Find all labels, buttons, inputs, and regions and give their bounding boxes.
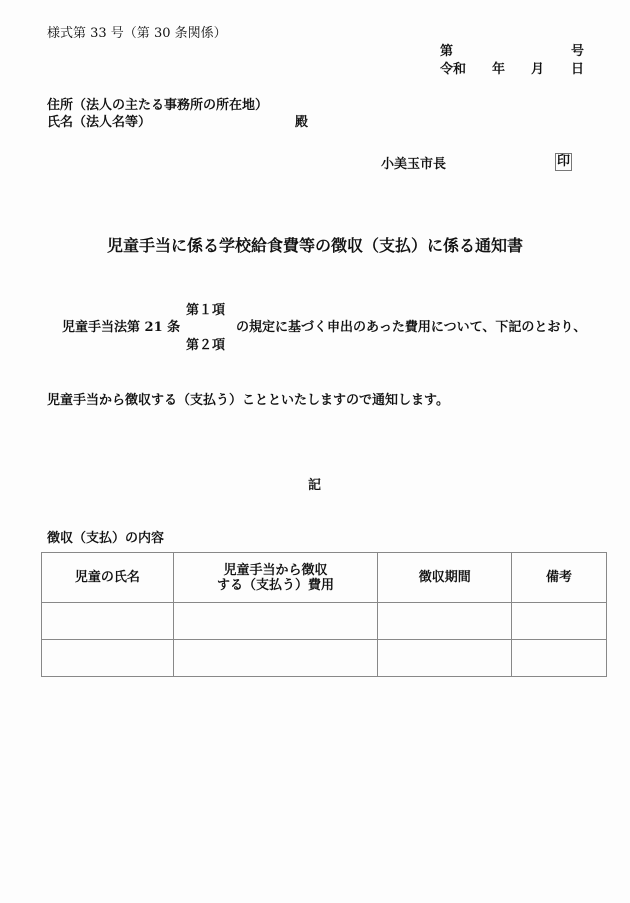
- law-reference: 児童手当法第 21 条: [62, 316, 180, 335]
- date-year: 年: [492, 58, 505, 77]
- form-label: 様式第 33 号（第 30 条関係）: [47, 22, 227, 41]
- doc-number-prefix: 第: [440, 40, 453, 59]
- issuer-name: 小美玉市長: [381, 153, 446, 172]
- cell-collection-amount[interactable]: [173, 603, 378, 640]
- header-collection-period: 徴収期間: [378, 553, 512, 603]
- section-heading: 徴収（支払）の内容: [47, 527, 164, 546]
- table-row: [42, 603, 607, 640]
- cell-collection-amount[interactable]: [173, 640, 378, 677]
- date-day: 日: [571, 58, 584, 77]
- collection-table: 児童の氏名 児童手当から徴収 する（支払う）費用 徴収期間 備考: [41, 552, 607, 677]
- cell-child-name[interactable]: [42, 640, 174, 677]
- note-heading: 記: [308, 474, 321, 493]
- cell-remarks[interactable]: [512, 603, 607, 640]
- date-era: 令和: [440, 58, 466, 77]
- recipient-honorific: 殿: [295, 111, 308, 130]
- header-remarks: 備考: [512, 553, 607, 603]
- header-collection-amount: 児童手当から徴収 する（支払う）費用: [173, 553, 378, 603]
- issuer-seal: 印: [555, 153, 572, 171]
- header-collection-amount-line2: する（支払う）費用: [175, 578, 377, 593]
- table-header-row: 児童の氏名 児童手当から徴収 する（支払う）費用 徴収期間 備考: [42, 553, 607, 603]
- date-month: 月: [531, 58, 544, 77]
- cell-remarks[interactable]: [512, 640, 607, 677]
- cell-child-name[interactable]: [42, 603, 174, 640]
- cell-collection-period[interactable]: [378, 603, 512, 640]
- header-child-name: 児童の氏名: [42, 553, 174, 603]
- cell-collection-period[interactable]: [378, 640, 512, 677]
- body-line-1: の規定に基づく申出のあった費用について、下記のとおり、: [236, 316, 586, 335]
- body-line-2: 児童手当から徴収する（支払う）ことといたしますので通知します。: [47, 389, 449, 408]
- header-collection-amount-line1: 児童手当から徴収: [175, 563, 377, 578]
- doc-number-suffix: 号: [571, 40, 584, 59]
- clause-1: 第１項: [186, 299, 225, 318]
- clause-2: 第２項: [186, 334, 225, 353]
- table-row: [42, 640, 607, 677]
- document-title: 児童手当に係る学校給食費等の徴収（支払）に係る通知書: [0, 233, 630, 256]
- recipient-name-label: 氏名（法人名等）: [47, 111, 151, 130]
